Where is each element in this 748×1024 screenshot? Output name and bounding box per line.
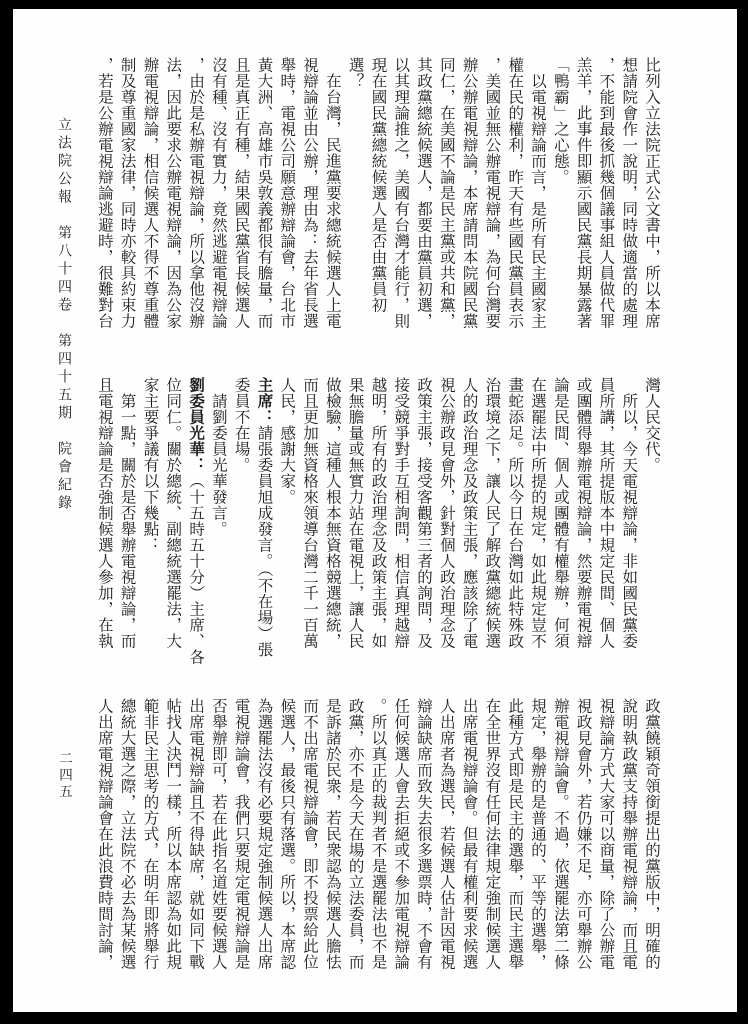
text-column: 果無膽量或無實力站在電視上，讓人民 <box>343 377 366 653</box>
text-column: 家主要爭議有以下幾點： <box>138 377 161 653</box>
text-register-middle: 灣人民交代。 所以，今天電視辯論，非如國民黨委員所講，其所提版本中規定民間、個人… <box>90 377 662 653</box>
text-column: 劉委員光華：（十五時五十分）主席、各 <box>183 377 206 653</box>
text-column: 辦電視辯論會。不過，依選罷法第二條 <box>548 698 571 974</box>
text-column: 視辯論並由公辦，理由為：去年省長選 <box>297 57 320 333</box>
text-column: 越明，所有的政治理念及政策主張，如 <box>366 377 389 653</box>
text-column: 帖找人決鬥一樣，所以本席認為如此規 <box>160 698 183 974</box>
text-column: 現在國民黨總統候選人是否由黨員初 <box>366 57 389 333</box>
text-column: 畫蛇添足。所以今日在台灣如此特殊政 <box>502 377 525 653</box>
text-column: 出席電視辯論會。但最有權利要求候選 <box>457 698 480 974</box>
text-column: 人出席電視辯論會在此浪費時間討論， <box>92 698 115 974</box>
text-column: 候選人，最後只有落選。所以，本席認 <box>274 698 297 974</box>
page-number: 二四五 <box>54 751 74 821</box>
text-column: 灣人民交代。 <box>639 377 662 653</box>
text-column: 總統大選之際，立法院不必去為某候選 <box>115 698 138 974</box>
text-column: 或團體得舉辦電視辯論，然要辦電視辯 <box>571 377 594 653</box>
text-column: 羔羊，此事件即顯示國民黨長期暴露著 <box>571 57 594 333</box>
text-column: 在全世界沒有任何法律規定強制候選人 <box>480 698 503 974</box>
text-column: 。所以真正的裁判者不是選罷法也不是 <box>366 698 389 974</box>
text-column: 政策主張，接受客觀第三者的詢問，及 <box>411 377 434 653</box>
text-register-top: 比列入立法院正式公文書中，所以本席想請院會作一說明，同時做適當的處理，不能到最後… <box>90 57 662 333</box>
text-column: 在選罷法中所提的規定，如此規定豈不 <box>525 377 548 653</box>
text-column: 政黨，亦不是今天在場的立法委員，而 <box>343 698 366 974</box>
text-column: 規定，舉辦的是普通的、平等的選舉， <box>525 698 548 974</box>
text-column: 黃大洲、高雄市吳敦義都很有膽量，而 <box>252 57 275 333</box>
text-column: 視辯論方式大家可以商量，除了公辦電 <box>594 698 617 974</box>
text-column: ，美國並無公辦電視辯論，為何台灣要 <box>480 57 503 333</box>
text-column: 此種方式即是民主的選舉，而民主選舉 <box>502 698 525 974</box>
text-column: 比列入立法院正式公文書中，所以本席 <box>639 57 662 333</box>
text-column: 接受競爭對手互相詢問，相信真理越辯 <box>388 377 411 653</box>
text-column: 制及尊重國家法律，同時亦較具約束力 <box>115 57 138 333</box>
text-column: 辦公辦電視辯論，本席請問本院國民黨 <box>457 57 480 333</box>
text-column: 其政黨總統候選人，都要由黨員初選， <box>411 57 434 333</box>
text-column: 且電視辯論是否強制候選人參加，在執 <box>92 377 115 653</box>
text-column: 且是真正有種，結果國民黨省長候選人 <box>229 57 252 333</box>
text-column: 位同仁。關於總統、副總統選罷法，大 <box>160 377 183 653</box>
text-column: 「鴨霸」之心態。 <box>548 57 571 333</box>
text-column: 而不出席電視辯論會，即不投票給此位 <box>297 698 320 974</box>
text-column: 出席電視辯論且不得缺席，就如同下戰 <box>183 698 206 974</box>
spine-title: 立法院公報 第八十四卷 第四十五期 院會紀錄 <box>53 117 73 509</box>
text-column: 同仁，在美國不論是民主黨或共和黨， <box>434 57 457 333</box>
text-column: 辦電視辯論，相信候選人不得不尊重體 <box>138 57 161 333</box>
text-column: 法，因此要求公辦電視辯論，因為公家 <box>160 57 183 333</box>
text-column: 電視辯論會，我們只要規定電視辯論是 <box>229 698 252 974</box>
text-column: 在台灣，民進黨要求總統候選人上電 <box>320 57 343 333</box>
text-column: 委員不在場。 <box>229 377 252 653</box>
text-column: 沒有種、沒有實力，竟然逃避電視辯論 <box>206 57 229 333</box>
text-column: ，若是公辦電視辯論逃避時，很難對台 <box>92 57 115 333</box>
text-column: 政黨饒穎奇領銜提出的黨版中，明確的 <box>639 698 662 974</box>
text-column: 範非民主思考的方式，在明年即將舉行 <box>138 698 161 974</box>
text-column: ，由於是私辦電視辯論，所以拿他沒辦 <box>183 57 206 333</box>
scanned-gazette-page: { "document": { "spine_title": "立法院公報 第八… <box>0 0 748 1024</box>
text-column: 為選罷法沒有必要規定強制候選人出席 <box>252 698 275 974</box>
text-column: 權在民的權利，昨天有些國民黨員表示 <box>502 57 525 333</box>
text-column: 主席：請張委員旭成發言。（不在場）張 <box>252 377 275 653</box>
text-column: 否舉辦即可，若在此指名道姓要候選人 <box>206 698 229 974</box>
text-column: 視公辦政見會外，針對個人政治理念及 <box>434 377 457 653</box>
text-column: 所以，今天電視辯論，非如國民黨委 <box>616 377 639 653</box>
text-register-bottom: 政黨饒穎奇領銜提出的黨版中，明確的說明執政黨支持舉辦電視辯論，而且電視辯論方式大… <box>90 698 662 974</box>
text-column: 人的政治理念及政策主張，應該除了電 <box>457 377 480 653</box>
text-column: 請劉委員光華發言。 <box>206 377 229 653</box>
text-column: 說明執政黨支持舉辦電視辯論，而且電 <box>616 698 639 974</box>
text-column: 是訴諸於民衆，若民衆認為候選人膽怯 <box>320 698 343 974</box>
text-column: 舉時，電視公司願意辦辯論會，台北市 <box>274 57 297 333</box>
text-column: 辯論缺席而致失去很多選票時，不會有 <box>411 698 434 974</box>
text-column: 以其理論推之，美國有台灣才能行，則 <box>388 57 411 333</box>
text-column: ，不能到最後抓幾個議事組人員做代罪 <box>594 57 617 333</box>
text-column: 而且更加無資格來領導台灣二千一百萬 <box>297 377 320 653</box>
text-column: 以電視辯論而言，是所有民主國家主 <box>525 57 548 333</box>
gazette-page: 立法院公報 第八十四卷 第四十五期 院會紀錄 二四五 比列入立法院正式公文書中，… <box>13 9 737 1012</box>
text-column: 任何候選人會去拒絕或不參加電視辯論 <box>388 698 411 974</box>
text-column: 員所講，其所提版本中規定民間、個人 <box>594 377 617 653</box>
text-column: 做檢驗，這種人根本無資格競選總統， <box>320 377 343 653</box>
text-column: 第一點，關於是否舉辦電視辯論，而 <box>115 377 138 653</box>
text-column: 人出席者為選民，若候選人估計因電視 <box>434 698 457 974</box>
text-column: 治環境之下，讓人民了解政黨總統候選 <box>480 377 503 653</box>
text-column: 選？ <box>343 57 366 333</box>
text-column: 視政見會外，若仍嫌不足，亦可舉辦公 <box>571 698 594 974</box>
text-column: 想請院會作一說明，同時做適當的處理 <box>616 57 639 333</box>
text-column: 人民，感謝大家。 <box>274 377 297 653</box>
text-column: 論是民間、個人或團體有權舉辦，何須 <box>548 377 571 653</box>
